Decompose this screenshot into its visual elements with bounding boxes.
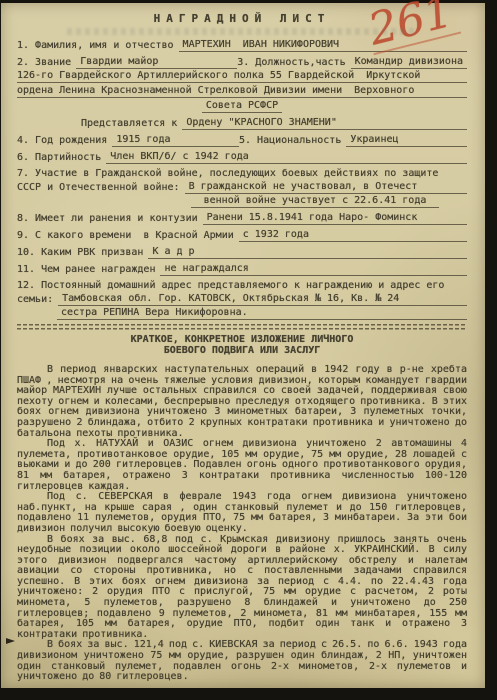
form-item-8: 8. Имеет ли ранения и контузии Ранени 15… <box>17 212 467 225</box>
item11-value: не награждался <box>160 263 252 276</box>
item3-value-line3: ордена Ленина Краснознаменной Стрелковой… <box>17 85 467 98</box>
item5-label: 5. Национальность <box>239 135 346 147</box>
item10-label: 10. Каким РВК призван <box>17 247 148 259</box>
underline-fill <box>313 241 467 242</box>
item3-value-line1: Командир дивизиона <box>351 56 467 69</box>
form-item-11: 11. Чем ранее награжден не награждался <box>17 263 467 276</box>
item1-label: 1. Фамилия, имя и отчество <box>17 40 179 52</box>
item12-label-line2: семьи: <box>17 294 58 306</box>
narrative-heading-line2: БОЕВОГО ПОДВИГА ИЛИ ЗАСЛУГ <box>17 345 467 356</box>
item10-value: К а д р <box>148 246 198 259</box>
narrative-heading-line1: КРАТКОЕ, КОНКРЕТНОЕ ИЗЛОЖЕНИЕ ЛИЧНОГО <box>17 334 467 345</box>
form-item-7-line1: 7. Участие в Гражданской войне, последую… <box>17 168 467 180</box>
item4-label: 4. Год рождения <box>17 135 112 147</box>
item5-value: Украинец <box>346 134 402 147</box>
underline-fill <box>343 51 467 52</box>
narrative-paragraph: Под х. НАТУХАЙ и ОАЗИС огнем дивизиона у… <box>17 439 467 492</box>
item3-value-line4: Совета РСФСР <box>202 100 282 113</box>
item12-value-line2: сестра РЕПИНА Вера Никифоровна. <box>57 307 252 320</box>
narrative-paragraph: Под с. СЕВЕРСКАЯ в феврале 1943 года огн… <box>17 492 467 534</box>
item8-value: Ранени 15.8.1941 года Наро- Фоминск <box>203 212 422 225</box>
narrative-body: В период январских наступательных операц… <box>17 365 467 683</box>
award-value: Ордену "КРАСНОГО ЗНАМЕНИ" <box>182 117 341 130</box>
item1-value: МАРТЕХИН ИВАН НИКИФОРОВИЧ <box>179 39 344 52</box>
typed-equals-separator <box>17 324 467 330</box>
item8-label: 8. Имеет ли ранения и контузии <box>17 213 203 225</box>
underline-fill <box>253 275 467 276</box>
underline-fill <box>341 129 467 130</box>
form-item-6: 6. Партийность Член ВКП/б/ с 1942 года <box>17 151 467 164</box>
item11-label: 11. Чем ранее награжден <box>17 264 160 276</box>
item3-value-line2: 126-го Гвардейского Артиллерийского полк… <box>17 70 467 83</box>
document-paper: 261 НАГРАДНОЙ ЛИСТ 1. Фамилия, имя и отч… <box>1 3 485 688</box>
item7-value-line2: венной войне участвует с 22.6.41 года <box>191 195 439 208</box>
underline-fill <box>175 146 239 147</box>
form-items-2-3: 2. Звание Гвардии майор 3. Должность,час… <box>17 56 467 69</box>
form-item-7-line2: СССР и Отечественной войне: В гражданско… <box>17 181 467 194</box>
narrative-paragraph: В боях за выс. 68,8 под с. Крымская диви… <box>17 535 467 641</box>
item4-value: 1915 года <box>112 134 174 147</box>
form-item-12-line2: семьи: Тамбовская обл. Гор. КАТОВСК, Окт… <box>17 293 467 306</box>
item9-label: 9. С какого времени в Красной Армии <box>17 230 239 242</box>
narrative-paragraph: В период январских наступательных операц… <box>17 365 467 439</box>
form-item-9: 9. С какого времени в Красной Армии с 19… <box>17 229 467 242</box>
narrative-paragraph: В боях за выс. 121,4 под с. КИЕВСКАЯ за … <box>17 640 467 682</box>
underline-fill <box>253 163 467 164</box>
award-label: Представляется к <box>81 118 182 130</box>
item7-label-line1: 7. Участие в Гражданской войне, последую… <box>17 168 443 180</box>
underline-fill <box>162 68 237 69</box>
form-item-7-line3: венной войне участвует с 22.6.41 года <box>17 195 467 208</box>
item12-value-line1: Тамбовская обл. Гор. КАТОВСК, Октябрьска… <box>58 293 403 306</box>
item12-label-line1: 12. Постоянный домашний адрес представля… <box>17 280 449 292</box>
item7-value-line1: В гражданской не участвовал, в Отечест <box>185 181 422 194</box>
underline-fill <box>199 258 467 259</box>
handwritten-arrow-mark <box>6 638 15 644</box>
underline-fill <box>403 146 467 147</box>
form-item-12-line1: 12. Постоянный домашний адрес представля… <box>17 280 467 292</box>
ink-bleed-through <box>67 28 418 35</box>
form-item-12-line3: сестра РЕПИНА Вера Никифоровна. <box>17 307 467 320</box>
item6-value: Член ВКП/б/ с 1942 года <box>106 151 252 164</box>
award-row: Представляется к Ордену "КРАСНОГО ЗНАМЕН… <box>17 117 467 130</box>
form-item-10: 10. Каким РВК призван К а д р <box>17 246 467 259</box>
item9-value: с 1932 года <box>239 229 313 242</box>
item3-label: 3. Должность,часть <box>237 57 350 69</box>
form-items-4-5: 4. Год рождения 1915 года 5. Национально… <box>17 134 467 147</box>
underline-fill <box>252 319 467 320</box>
item7-label-line2: СССР и Отечественной войне: <box>17 182 185 194</box>
underline-fill <box>421 193 467 194</box>
item2-value: Гвардии майор <box>76 56 162 69</box>
underline-fill <box>421 224 467 225</box>
item2-label: 2. Звание <box>17 57 76 69</box>
underline-fill <box>403 305 467 306</box>
item6-label: 6. Партийность <box>17 152 106 164</box>
item3-value-line4-wrap: Совета РСФСР <box>17 100 467 113</box>
